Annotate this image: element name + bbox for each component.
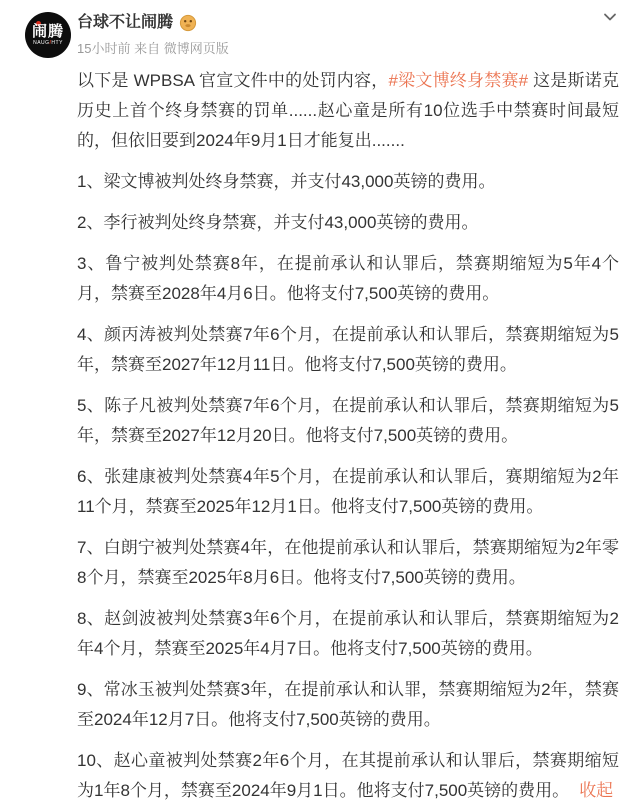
user-avatar[interactable]: 闹腾 NAUG/HTY — [25, 12, 71, 58]
penalty-item-10-text: 10、赵心童被判处禁赛2年6个月，在其提前承认和认罪后，禁赛期缩短为1年8个月，… — [77, 751, 619, 800]
penalty-item-4: 4、颜丙涛被判处禁赛7年6个月，在提前承认和认罪后，禁赛期缩短为5年，禁赛至20… — [77, 320, 619, 380]
avatar-text-zh: 闹腾 — [32, 24, 64, 40]
penalty-item-2: 2、李行被判处终身禁赛，并支付43,000英镑的费用。 — [77, 208, 619, 238]
penalty-item-8: 8、赵剑波被判处禁赛3年6个月，在提前承认和认罪后，禁赛期缩短为2年4个月，禁赛… — [77, 604, 619, 664]
doge-emoji — [179, 14, 197, 32]
post-content: 以下是 WPBSA 官宣文件中的处罚内容，#梁文博终身禁赛# 这是斯诺克历史上首… — [77, 66, 619, 806]
header-text-block: 台球不让闹腾 15小时前 来自 微博网页版 — [77, 12, 229, 57]
chevron-down-icon[interactable] — [599, 6, 621, 28]
collapse-link[interactable]: 收起 — [579, 781, 613, 800]
penalty-item-6: 6、张建康被判处禁赛4年5个月，在提前承认和认罪后，赛期缩短为2年11个月，禁赛… — [77, 462, 619, 522]
post-time: 15小时前 — [77, 41, 130, 56]
username[interactable]: 台球不让闹腾 — [77, 12, 173, 34]
penalty-item-3: 3、鲁宁被判处禁赛8年，在提前承认和认罪后，禁赛期缩短为5年4个月，禁赛至202… — [77, 249, 619, 309]
avatar-text-en: NAUG/HTY — [33, 40, 63, 47]
meta-from-label: 来自 — [134, 41, 160, 56]
intro-text-pre: 以下是 WPBSA 官宣文件中的处罚内容， — [77, 71, 388, 90]
penalty-item-1: 1、梁文博被判处终身禁赛，并支付43,000英镑的费用。 — [77, 167, 619, 197]
penalty-item-9: 9、常冰玉被判处禁赛3年，在提前承认和认罪，禁赛期缩短为2年，禁赛至2024年1… — [77, 675, 619, 735]
penalty-item-5: 5、陈子凡被判处禁赛7年6个月，在提前承认和认罪后，禁赛期缩短为5年，禁赛至20… — [77, 391, 619, 451]
penalty-item-10: 10、赵心童被判处禁赛2年6个月，在其提前承认和认罪后，禁赛期缩短为1年8个月，… — [77, 746, 619, 806]
penalty-item-7: 7、白朗宁被判处禁赛4年，在他提前承认和认罪后，禁赛期缩短为2年零8个月，禁赛至… — [77, 533, 619, 593]
post-header: 闹腾 NAUG/HTY 台球不让闹腾 15小时前 来自 微博网页版 — [0, 0, 635, 62]
post-meta: 15小时前 来自 微博网页版 — [77, 41, 229, 57]
intro-paragraph: 以下是 WPBSA 官宣文件中的处罚内容，#梁文博终身禁赛# 这是斯诺克历史上首… — [77, 66, 619, 156]
hashtag-link[interactable]: #梁文博终身禁赛# — [388, 71, 528, 90]
post-source-link[interactable]: 微博网页版 — [164, 41, 229, 56]
